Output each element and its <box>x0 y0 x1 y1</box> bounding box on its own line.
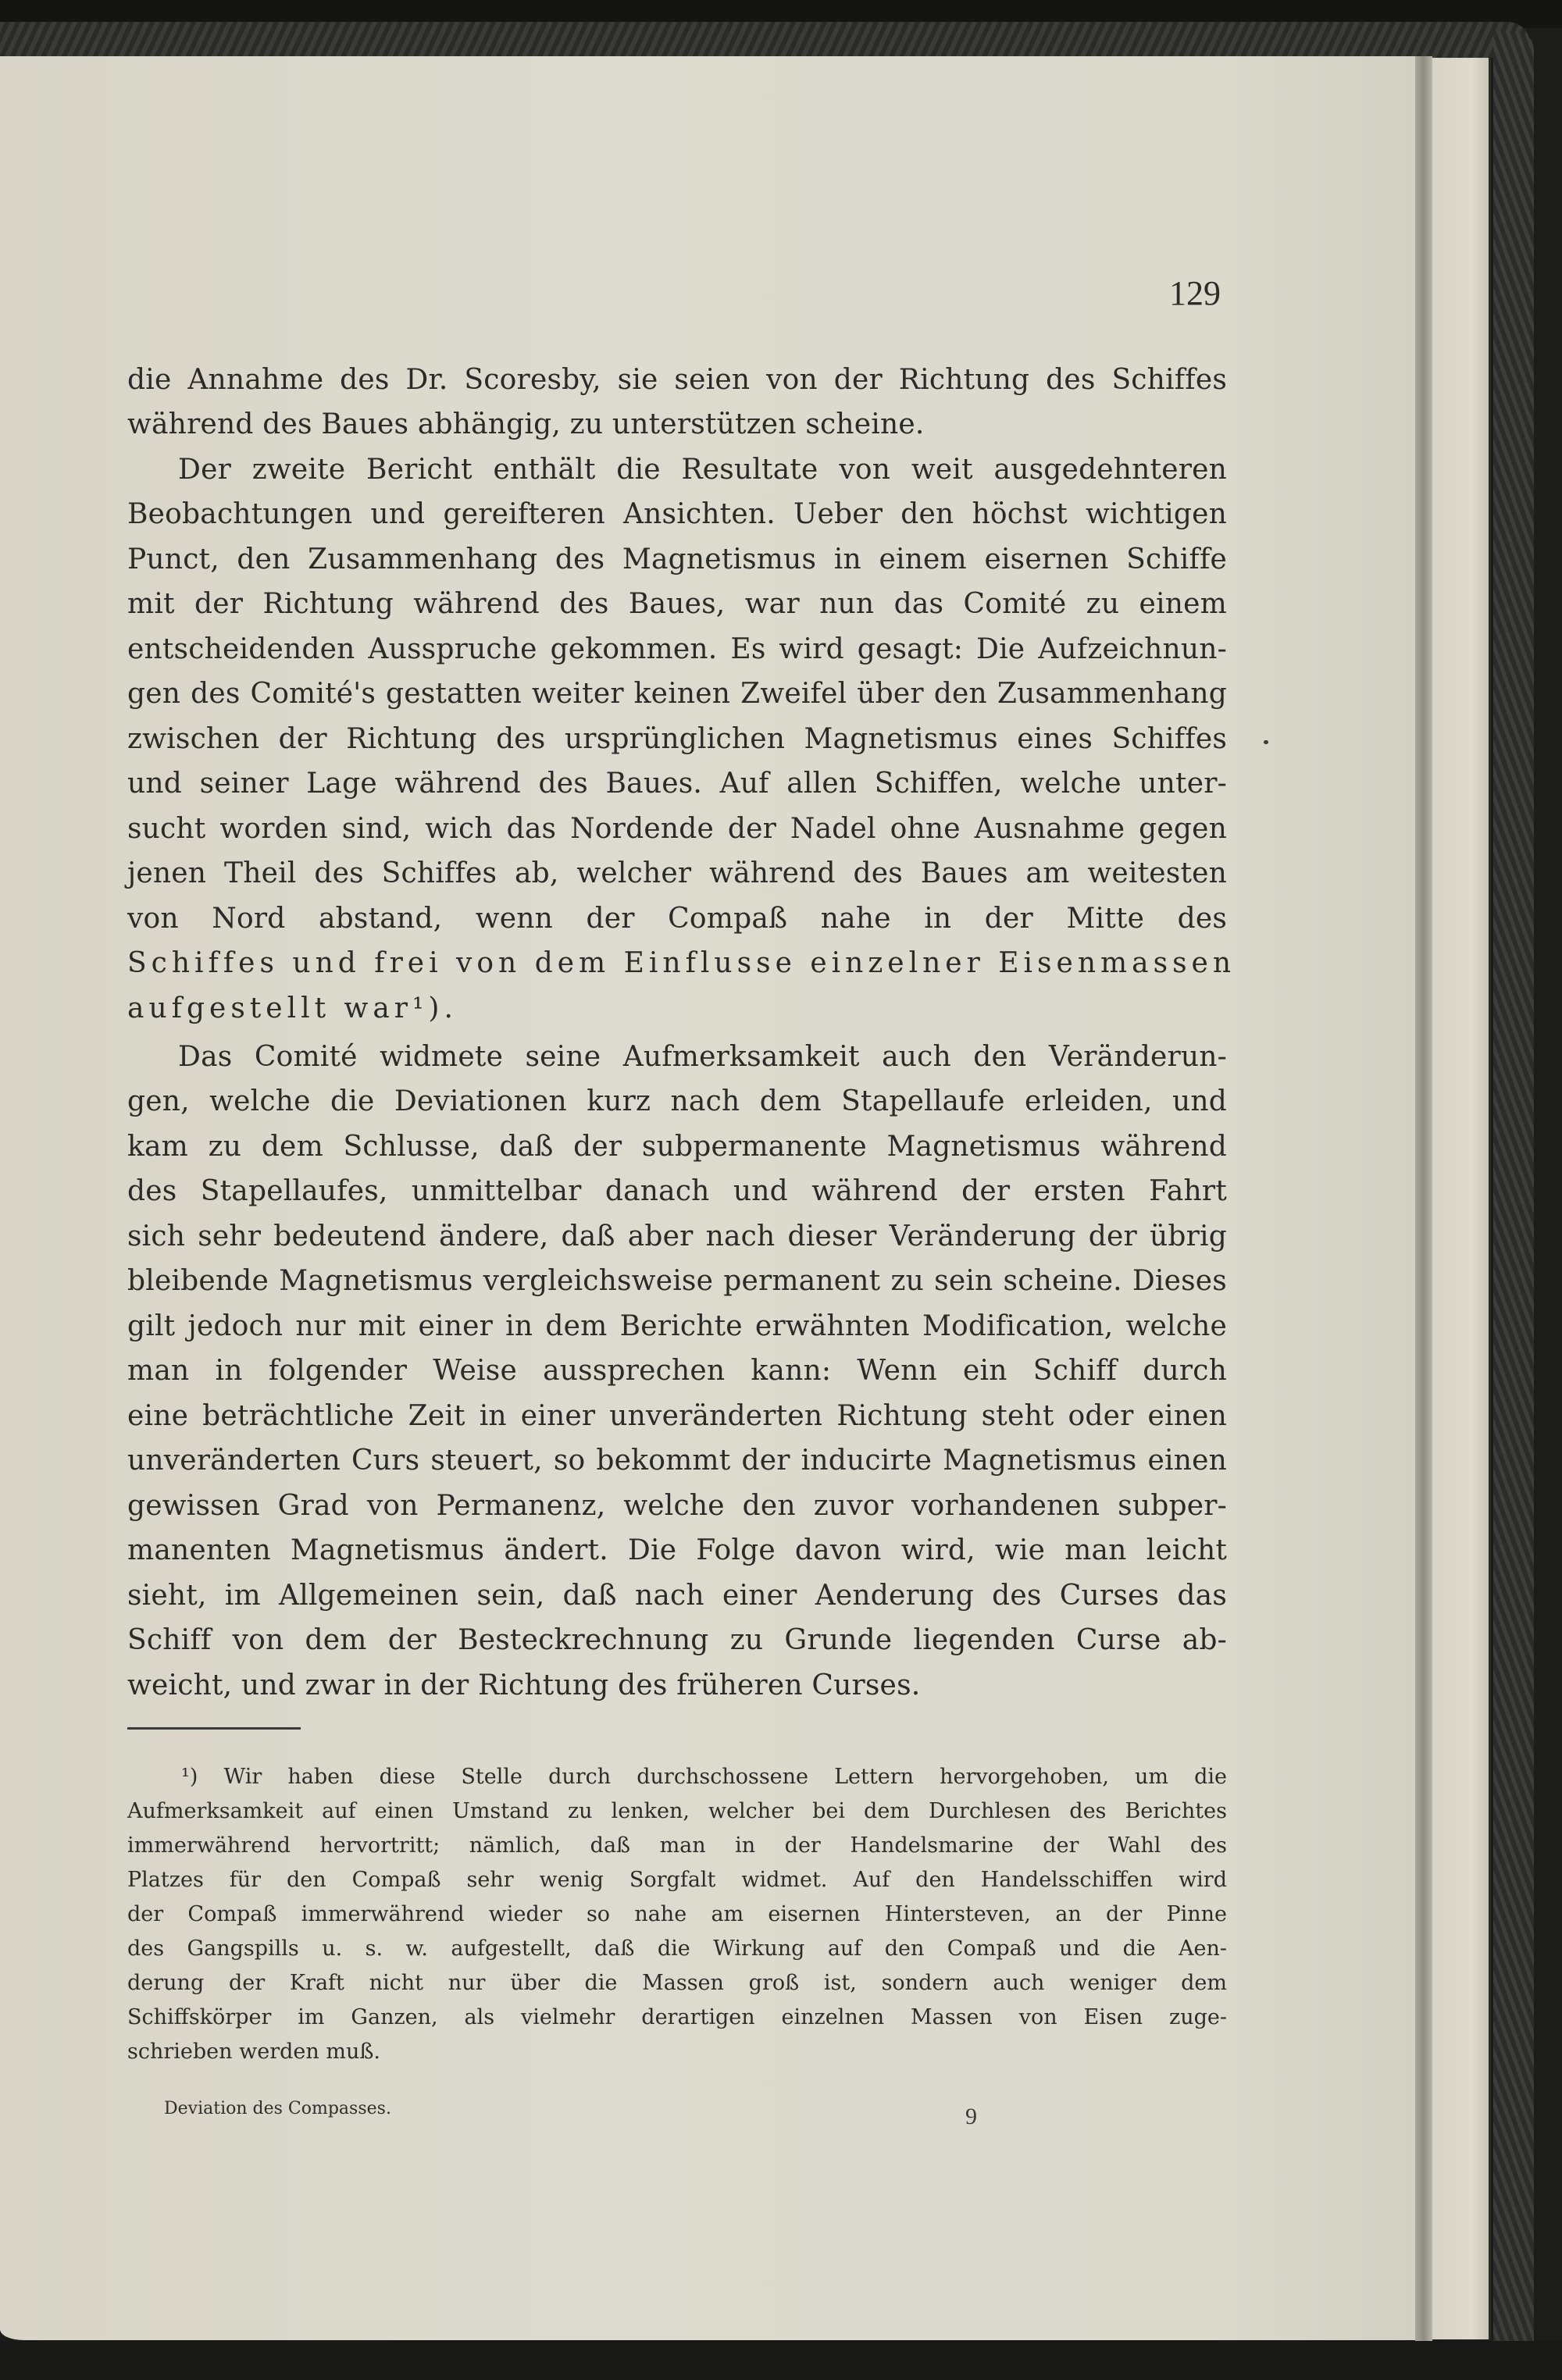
body-line: Beobachtungen und gereifteren Ansichten.… <box>127 495 1227 534</box>
body-line: weicht, und zwar in der Richtung des frü… <box>127 1666 1227 1705</box>
page-number: 129 <box>1169 273 1221 313</box>
body-line: mit der Richtung während des Baues, war … <box>127 585 1227 624</box>
paragraph-start-line: Der zweite Bericht enthält die Resultate… <box>178 451 1227 490</box>
body-line: Punct, den Zusammenhang des Magnetismus … <box>127 540 1227 579</box>
body-line: unveränderten Curs steuert, so bekommt d… <box>127 1441 1227 1480</box>
book-cover-bottom <box>0 2341 1562 2380</box>
book-board-right-edge <box>1493 31 1534 2358</box>
printer-signature-number: 9 <box>965 2104 977 2130</box>
emphasized-line: aufgestellt war¹). <box>127 989 1227 1028</box>
body-line: die Annahme des Dr. Scoresby, sie seien … <box>127 361 1227 400</box>
body-line: gilt jedoch nur mit einer in dem Bericht… <box>127 1307 1227 1346</box>
book-board-top-edge <box>0 22 1531 58</box>
paper-speck <box>1264 740 1268 744</box>
paragraph-start-line: Das Comité widmete seine Aufmerksamkeit … <box>178 1038 1227 1077</box>
body-line: gen des Comité's gestatten weiter keinen… <box>127 675 1227 714</box>
footnote-line: immerwährend hervortritt; nämlich, daß m… <box>127 1832 1227 1860</box>
emphasized-line: Schiffes und frei von dem Einflusse einz… <box>127 944 1227 983</box>
body-line: gen, welche die Deviationen kurz nach de… <box>127 1082 1227 1121</box>
body-line: zwischen der Richtung des ursprünglichen… <box>127 720 1227 759</box>
body-line: sieht, im Allgemeinen sein, daß nach ein… <box>127 1577 1227 1616</box>
footnote-line: Platzes für den Compaß sehr wenig Sorgfa… <box>127 1866 1227 1894</box>
body-line: sich sehr bedeutend ändere, daß aber nac… <box>127 1217 1227 1256</box>
emphasized-line: von Nord abstand, wenn der Compaß nahe i… <box>127 900 1227 939</box>
body-line: Schiff von dem der Besteckrechnung zu Gr… <box>127 1621 1227 1660</box>
body-line: entscheidenden Ausspruche gekommen. Es w… <box>127 630 1227 669</box>
footnote-line: ¹) Wir haben diese Stelle durch durchsch… <box>181 1763 1227 1791</box>
next-page-edge <box>1432 58 1491 2339</box>
body-line: bleibende Magnetismus vergleichsweise pe… <box>127 1262 1227 1301</box>
body-line: jenen Theil des Schiffes ab, welcher wäh… <box>127 854 1227 893</box>
body-line: man in folgender Weise aussprechen kann:… <box>127 1352 1227 1391</box>
printer-signature-title: Deviation des Compasses. <box>164 2099 391 2118</box>
footnote-line: Aufmerksamkeit auf einen Umstand zu lenk… <box>127 1797 1227 1826</box>
footnote-line: derung der Kraft nicht nur über die Mass… <box>127 1969 1227 1997</box>
footnote-line: Schiffskörper im Ganzen, als vielmehr de… <box>127 2004 1227 2032</box>
body-line: während des Baues abhängig, zu unterstüt… <box>127 405 1227 444</box>
body-line: des Stapellaufes, unmittelbar danach und… <box>127 1172 1227 1211</box>
body-line: eine beträchtliche Zeit in einer unverän… <box>127 1397 1227 1436</box>
body-line: und seiner Lage während des Baues. Auf a… <box>127 764 1227 803</box>
footnote-separator-rule <box>127 1727 301 1730</box>
body-line: kam zu dem Schlusse, daß der subpermanen… <box>127 1128 1227 1167</box>
body-line: sucht worden sind, wich das Nordende der… <box>127 810 1227 849</box>
footnote-line: schrieben werden muß. <box>127 2038 1227 2066</box>
footnote-line: der Compaß immerwährend wieder so nahe a… <box>127 1901 1227 1929</box>
footnote-line: des Gangspills u. s. w. aufgestellt, daß… <box>127 1935 1227 1963</box>
body-line: manenten Magnetismus ändert. Die Folge d… <box>127 1531 1227 1570</box>
page-gutter-fold <box>1415 56 1432 2341</box>
body-line: gewissen Grad von Permanenz, welche den … <box>127 1487 1227 1526</box>
